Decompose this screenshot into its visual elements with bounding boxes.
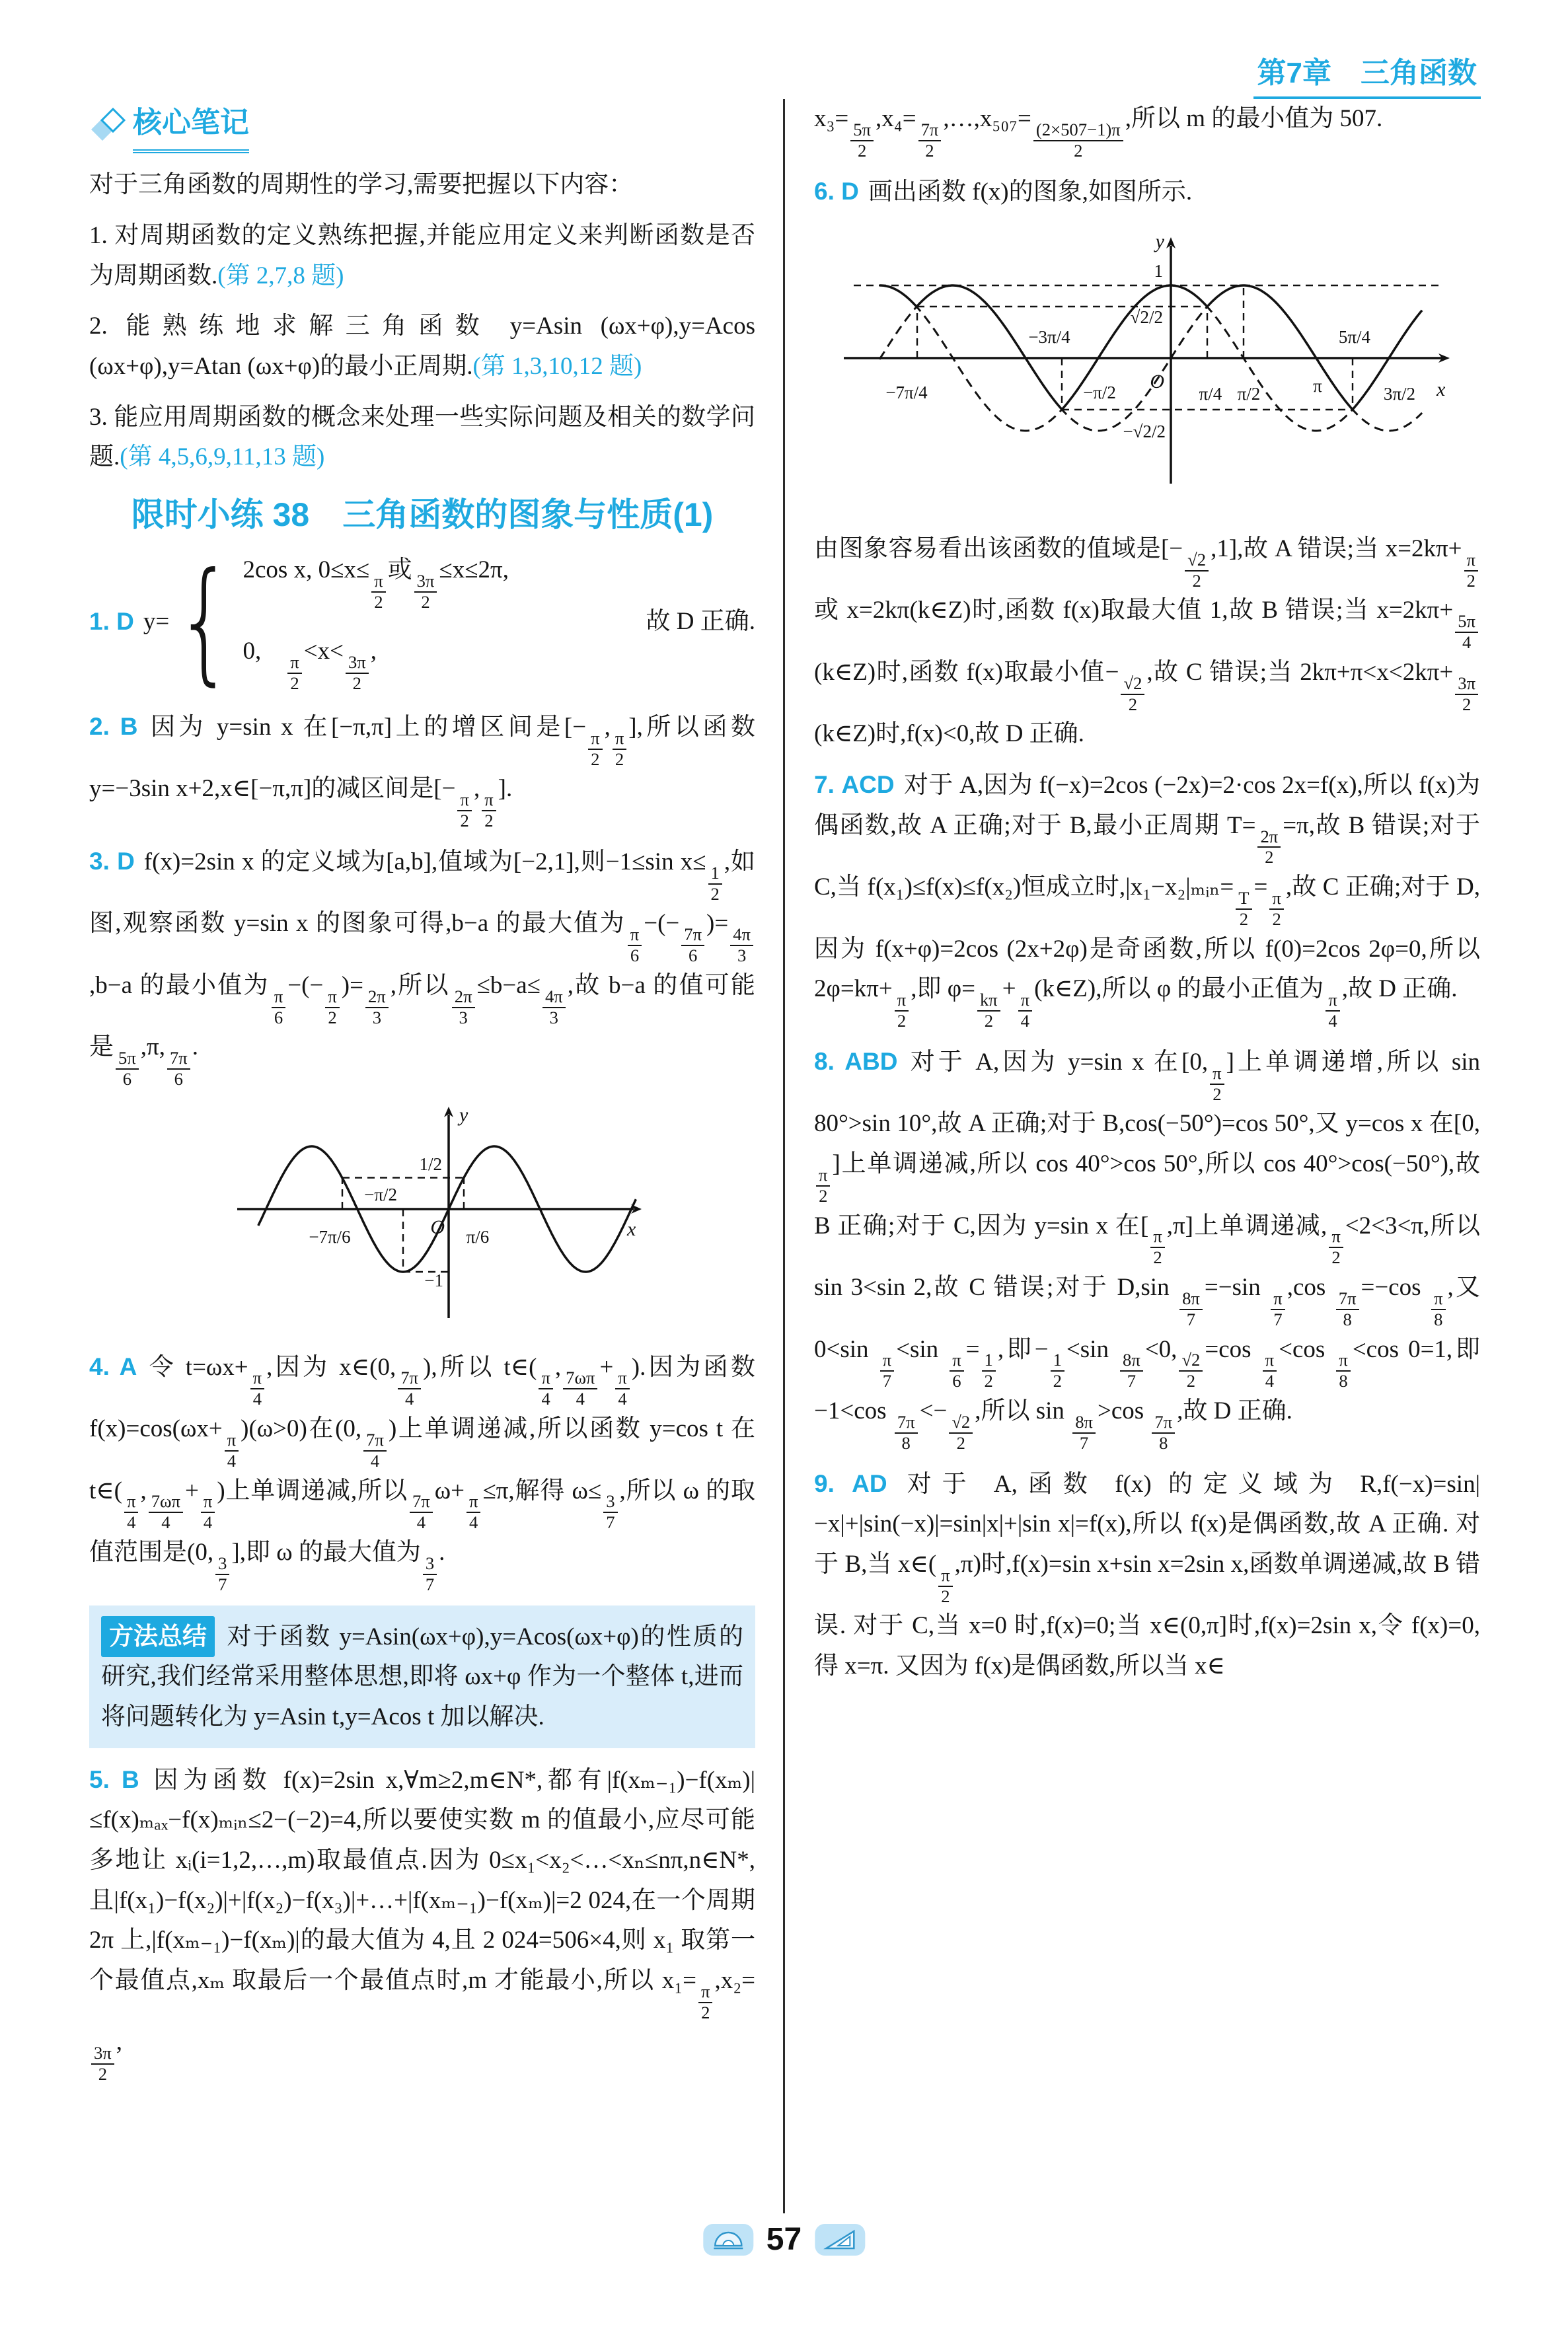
column-divider: [783, 99, 785, 2213]
answer-text: 画出函数 f(x)的图象,如图所示.: [868, 178, 1192, 205]
answer-number: 4. A: [89, 1353, 137, 1380]
notes-intro: 对于三角函数的周期性的学习,需要把握以下内容：: [89, 165, 755, 205]
answer-6: 6. D画出函数 f(x)的图象,如图所示.: [814, 172, 1480, 213]
answer-2: 2. B因为 y=sin x 在[−π,π]上的增区间是[−π2,π2],所以函…: [89, 707, 755, 831]
g2-y-label: y: [1154, 231, 1165, 252]
page-number: 57: [766, 2221, 802, 2258]
g2-3pi-2-label: 3π/2: [1384, 384, 1415, 404]
answer-7: 7. ACD对于 A,因为 f(−x)=2cos (−2x)=2·cos 2x=…: [814, 765, 1480, 1031]
g1-pi-6-label: π/6: [467, 1227, 490, 1247]
answer-4: 4. A令 t=ωx+π4,因为 x∈(0,7π4),所以 t∈(π4,7ωπ4…: [89, 1347, 755, 1595]
piecewise-cases: 2cos x, 0≤x≤π2或3π2≤x≤2π, 0, π2<x<3π2,: [243, 550, 509, 694]
g2-5pi-4-label: 5π/4: [1339, 327, 1371, 347]
answer-9: 9. AD对于 A,函数 f(x) 的定义域为 R,f(−x)=sin|−x|+…: [814, 1464, 1480, 1687]
right-column: x₃=5π2,x₄=7π2,…,x₅₀₇=(2×507−1)π2,所以 m 的最…: [814, 99, 1480, 1697]
g2-pi-label: π: [1313, 376, 1322, 396]
answer-text: 对于 A,因为 f(−x)=2cos (−2x)=2·cos 2x=f(x),所…: [814, 772, 1480, 1002]
g1-x-label: x: [626, 1218, 636, 1240]
chapter-header: 第7章 三角函数: [1253, 49, 1481, 99]
answer-lead: y=: [143, 602, 169, 642]
g1-neg-7pi-6-label: −7π/6: [309, 1227, 350, 1247]
answer-text: 因为 y=sin x 在[−π,π]上的增区间是[−π2,π2],所以函数 y=…: [89, 714, 755, 803]
textbook-page: 第7章 三角函数 核心笔记 对于三角函数的周期性的学习,需要把握以下内容： 1.…: [0, 0, 1568, 2325]
notes-item-ref: (第 1,3,10,12 题): [472, 353, 642, 380]
sine-graph: y x O 1/2 −π/2 −7π/6 π/6 −1: [198, 1100, 647, 1325]
case-2: 0, π2<x<3π2,: [243, 632, 509, 694]
notes-item-3: 3. 能应用周期函数的概念来处理一些实际问题及相关的数学问题.(第 4,5,6,…: [89, 398, 755, 478]
method-summary-box: 方法总结对于函数 y=Asin(ωx+φ),y=Acos(ωx+φ)的性质的研究…: [89, 1605, 755, 1748]
answer-6-analysis: 由图象容易看出该函数的值域是[−√22,1],故 A 错误;当 x=2kπ+π2…: [814, 529, 1480, 755]
answer-text: 对于 A,函数 f(x) 的定义域为 R,f(−x)=sin|−x|+|sin(…: [814, 1471, 1480, 1680]
notes-item-text: 2. 能熟练地求解三角函数 y=Asin (ωx+φ),y=Acos (ωx+φ…: [89, 313, 755, 380]
protractor-icon: [711, 2229, 745, 2251]
protractor-badge: [703, 2224, 753, 2256]
page-footer: 57: [703, 2221, 865, 2258]
answer-text: 因为函数 f(x)=2sin x,∀m≥2,m∈N*,都有|f(xₘ₋₁)−f(…: [89, 1767, 755, 2056]
notes-title: 核心笔记: [133, 99, 249, 153]
answer-number: 9. AD: [814, 1470, 887, 1497]
g2-x-label: x: [1436, 379, 1446, 400]
answer-1: 1. D y= { 2cos x, 0≤x≤π2或3π2≤x≤2π, 0, π2…: [89, 550, 755, 694]
notes-item-1: 1. 对周期函数的定义熟练把握,并能应用定义来判断函数是否为周期函数.(第 2,…: [89, 216, 755, 296]
answer-8: 8. ABD对于 A,因为 y=sin x 在[0,π2]上单调递增,所以 si…: [814, 1042, 1480, 1454]
answer-text: f(x)=2sin x 的定义域为[a,b],值域为[−2,1],则−1≤sin…: [89, 848, 755, 1061]
notes-header: 核心笔记: [89, 99, 755, 153]
g2-neg-3pi-4-label: −3π/4: [1028, 327, 1070, 347]
g2-sqrt2-2-label: √2/2: [1131, 307, 1163, 327]
answer-5-continuation: x₃=5π2,x₄=7π2,…,x₅₀₇=(2×507−1)π2,所以 m 的最…: [814, 99, 1480, 161]
diamond-icon: [89, 107, 128, 145]
notes-item-ref: (第 4,5,6,9,11,13 题): [120, 443, 324, 470]
brace-glyph: {: [175, 559, 234, 684]
case-1: 2cos x, 0≤x≤π2或3π2≤x≤2π,: [243, 550, 509, 612]
notes-item-text: 1. 对周期函数的定义熟练把握,并能应用定义来判断函数是否为周期函数.: [89, 222, 755, 289]
answer-number: 5. B: [89, 1766, 139, 1793]
triangle-ruler-badge: [815, 2224, 865, 2256]
exercise-title: 限时小练 38 三角函数的图象与性质(1): [89, 495, 755, 535]
answer-5: 5. B因为函数 f(x)=2sin x,∀m≥2,m∈N*,都有|f(xₘ₋₁…: [89, 1760, 755, 2085]
g2-neg-sqrt2-2-label: −√2/2: [1123, 422, 1166, 441]
g2-neg-7pi-4-label: −7π/4: [885, 383, 928, 402]
answer-number: 1. D: [89, 602, 134, 642]
fx-graph: y x O 1 √2/2 −√2/2 −7π/4 −3π/4 −π/2 π/4 …: [814, 223, 1481, 507]
answer-number: 7. ACD: [814, 771, 895, 798]
method-summary-label: 方法总结: [101, 1616, 215, 1658]
g2-pi-4-label: π/4: [1199, 384, 1222, 404]
fx-graph-figure: y x O 1 √2/2 −√2/2 −7π/4 −3π/4 −π/2 π/4 …: [814, 223, 1480, 520]
answer-text: 令 t=ωx+π4,因为 x∈(0,7π4),所以 t∈(π4,7ωπ4+π4)…: [89, 1354, 755, 1567]
answer-text: 对于 A,因为 y=sin x 在[0,π2]上单调递增,所以 sin 80°>…: [814, 1049, 1480, 1424]
g2-pi-2-label: π/2: [1238, 384, 1261, 404]
answer-number: 6. D: [814, 178, 859, 205]
answer-number: 8. ABD: [814, 1048, 897, 1075]
notes-item-ref: (第 2,7,8 题): [217, 262, 344, 289]
g2-neg-pi-2-label: −π/2: [1083, 383, 1116, 402]
g1-neg-pi-2-label: −π/2: [364, 1185, 397, 1204]
g2-origin-label: O: [1150, 371, 1164, 392]
g2-one-label: 1: [1154, 261, 1164, 281]
g1-y-label: y: [457, 1104, 468, 1126]
sine-graph-figure: y x O 1/2 −π/2 −7π/6 π/6 −1: [89, 1100, 755, 1338]
g1-half-label: 1/2: [419, 1154, 442, 1174]
answer-number: 2. B: [89, 713, 137, 740]
notes-item-2: 2. 能熟练地求解三角函数 y=Asin (ωx+φ),y=Acos (ωx+φ…: [89, 307, 755, 387]
triangle-ruler-icon: [823, 2229, 856, 2251]
left-column: 核心笔记 对于三角函数的周期性的学习,需要把握以下内容： 1. 对周期函数的定义…: [89, 99, 755, 2095]
g1-origin-label: O: [430, 1216, 445, 1238]
answer-tail: 故 D 正确.: [646, 602, 755, 642]
g1-neg-one-label: −1: [424, 1271, 443, 1290]
answer-number: 3. D: [89, 848, 135, 875]
answer-3: 3. Df(x)=2sin x 的定义域为[a,b],值域为[−2,1],则−1…: [89, 842, 755, 1089]
